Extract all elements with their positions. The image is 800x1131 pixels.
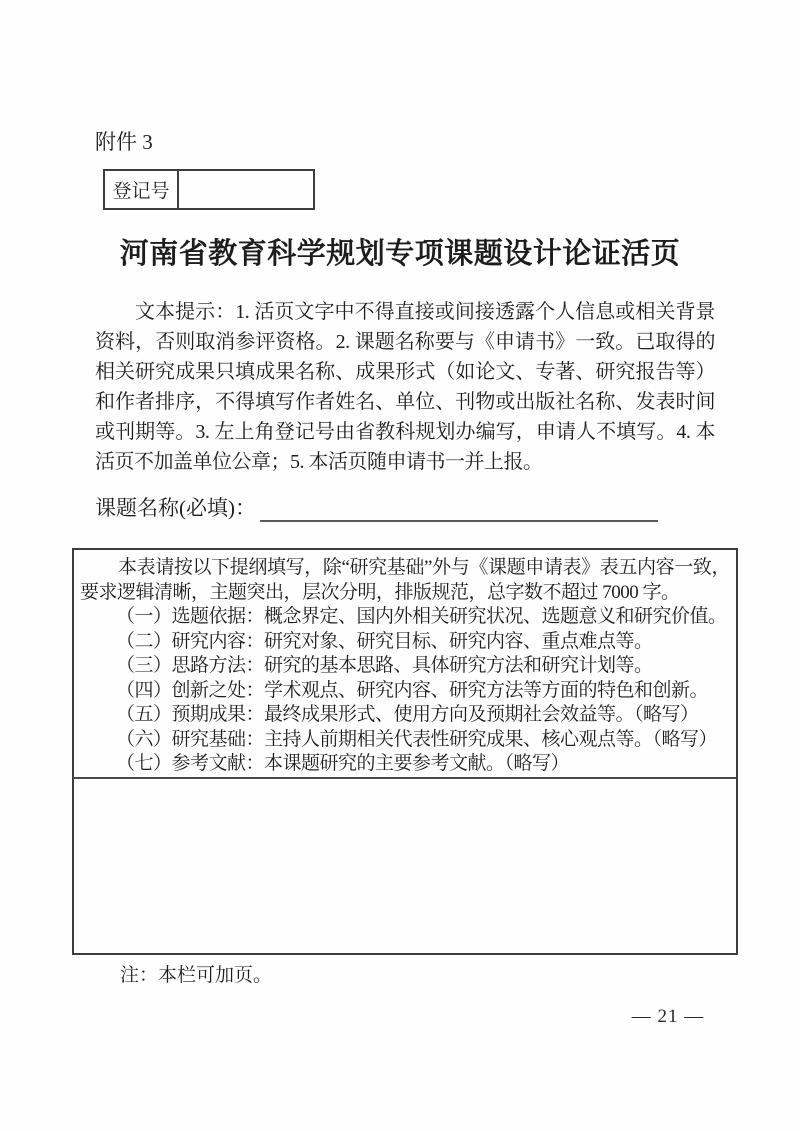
registration-number-table: 登记号 [103,169,315,210]
outline-item-4: （四）创新之处：学术观点、研究内容、研究方法等方面的特色和创新。 [80,679,730,704]
outline-item-5: （五）预期成果：最终成果形式、使用方向及预期社会效益等。（略写） [80,703,730,728]
page-title: 河南省教育科学规划专项课题设计论证活页 [0,231,800,272]
outline-content: 本表请按以下提纲填写，除“研究基础”外与《课题申请表》表五内容一致，要求逻辑清晰… [74,550,736,777]
outline-item-7: （七）参考文献：本课题研究的主要参考文献。（略写） [80,752,730,777]
outline-intro: 本表请按以下提纲填写，除“研究基础”外与《课题申请表》表五内容一致，要求逻辑清晰… [80,556,730,605]
outline-fill-area[interactable] [74,777,736,953]
topic-name-blank[interactable] [260,496,658,522]
outline-item-6: （六）研究基础：主持人前期相关代表性研究成果、核心观点等。（略写） [80,728,730,753]
attachment-label: 附件 3 [95,126,153,156]
document-page: 附件 3 登记号 河南省教育科学规划专项课题设计论证活页 文本提示：1. 活页文… [0,0,800,1131]
outline-item-2: （二）研究内容：研究对象、研究目标、研究内容、重点难点等。 [80,630,730,655]
footer-note: 注：本栏可加页。 [120,960,272,987]
outline-item-3: （三）思路方法：研究的基本思路、具体研究方法和研究计划等。 [80,654,730,679]
text-instructions: 文本提示：1. 活页文字中不得直接或间接透露个人信息或相关背景资料，否则取消参评… [95,297,715,477]
outline-box: 本表请按以下提纲填写，除“研究基础”外与《课题申请表》表五内容一致，要求逻辑清晰… [72,548,738,955]
outline-item-1: （一）选题依据：概念界定、国内外相关研究状况、选题意义和研究价值。 [80,605,730,630]
registration-number-label: 登记号 [105,171,179,208]
topic-name-row: 课题名称(必填)： [95,492,658,522]
topic-name-label: 课题名称(必填)： [95,492,256,522]
registration-number-field[interactable] [179,171,313,208]
page-number: — 21 — [598,1006,738,1028]
